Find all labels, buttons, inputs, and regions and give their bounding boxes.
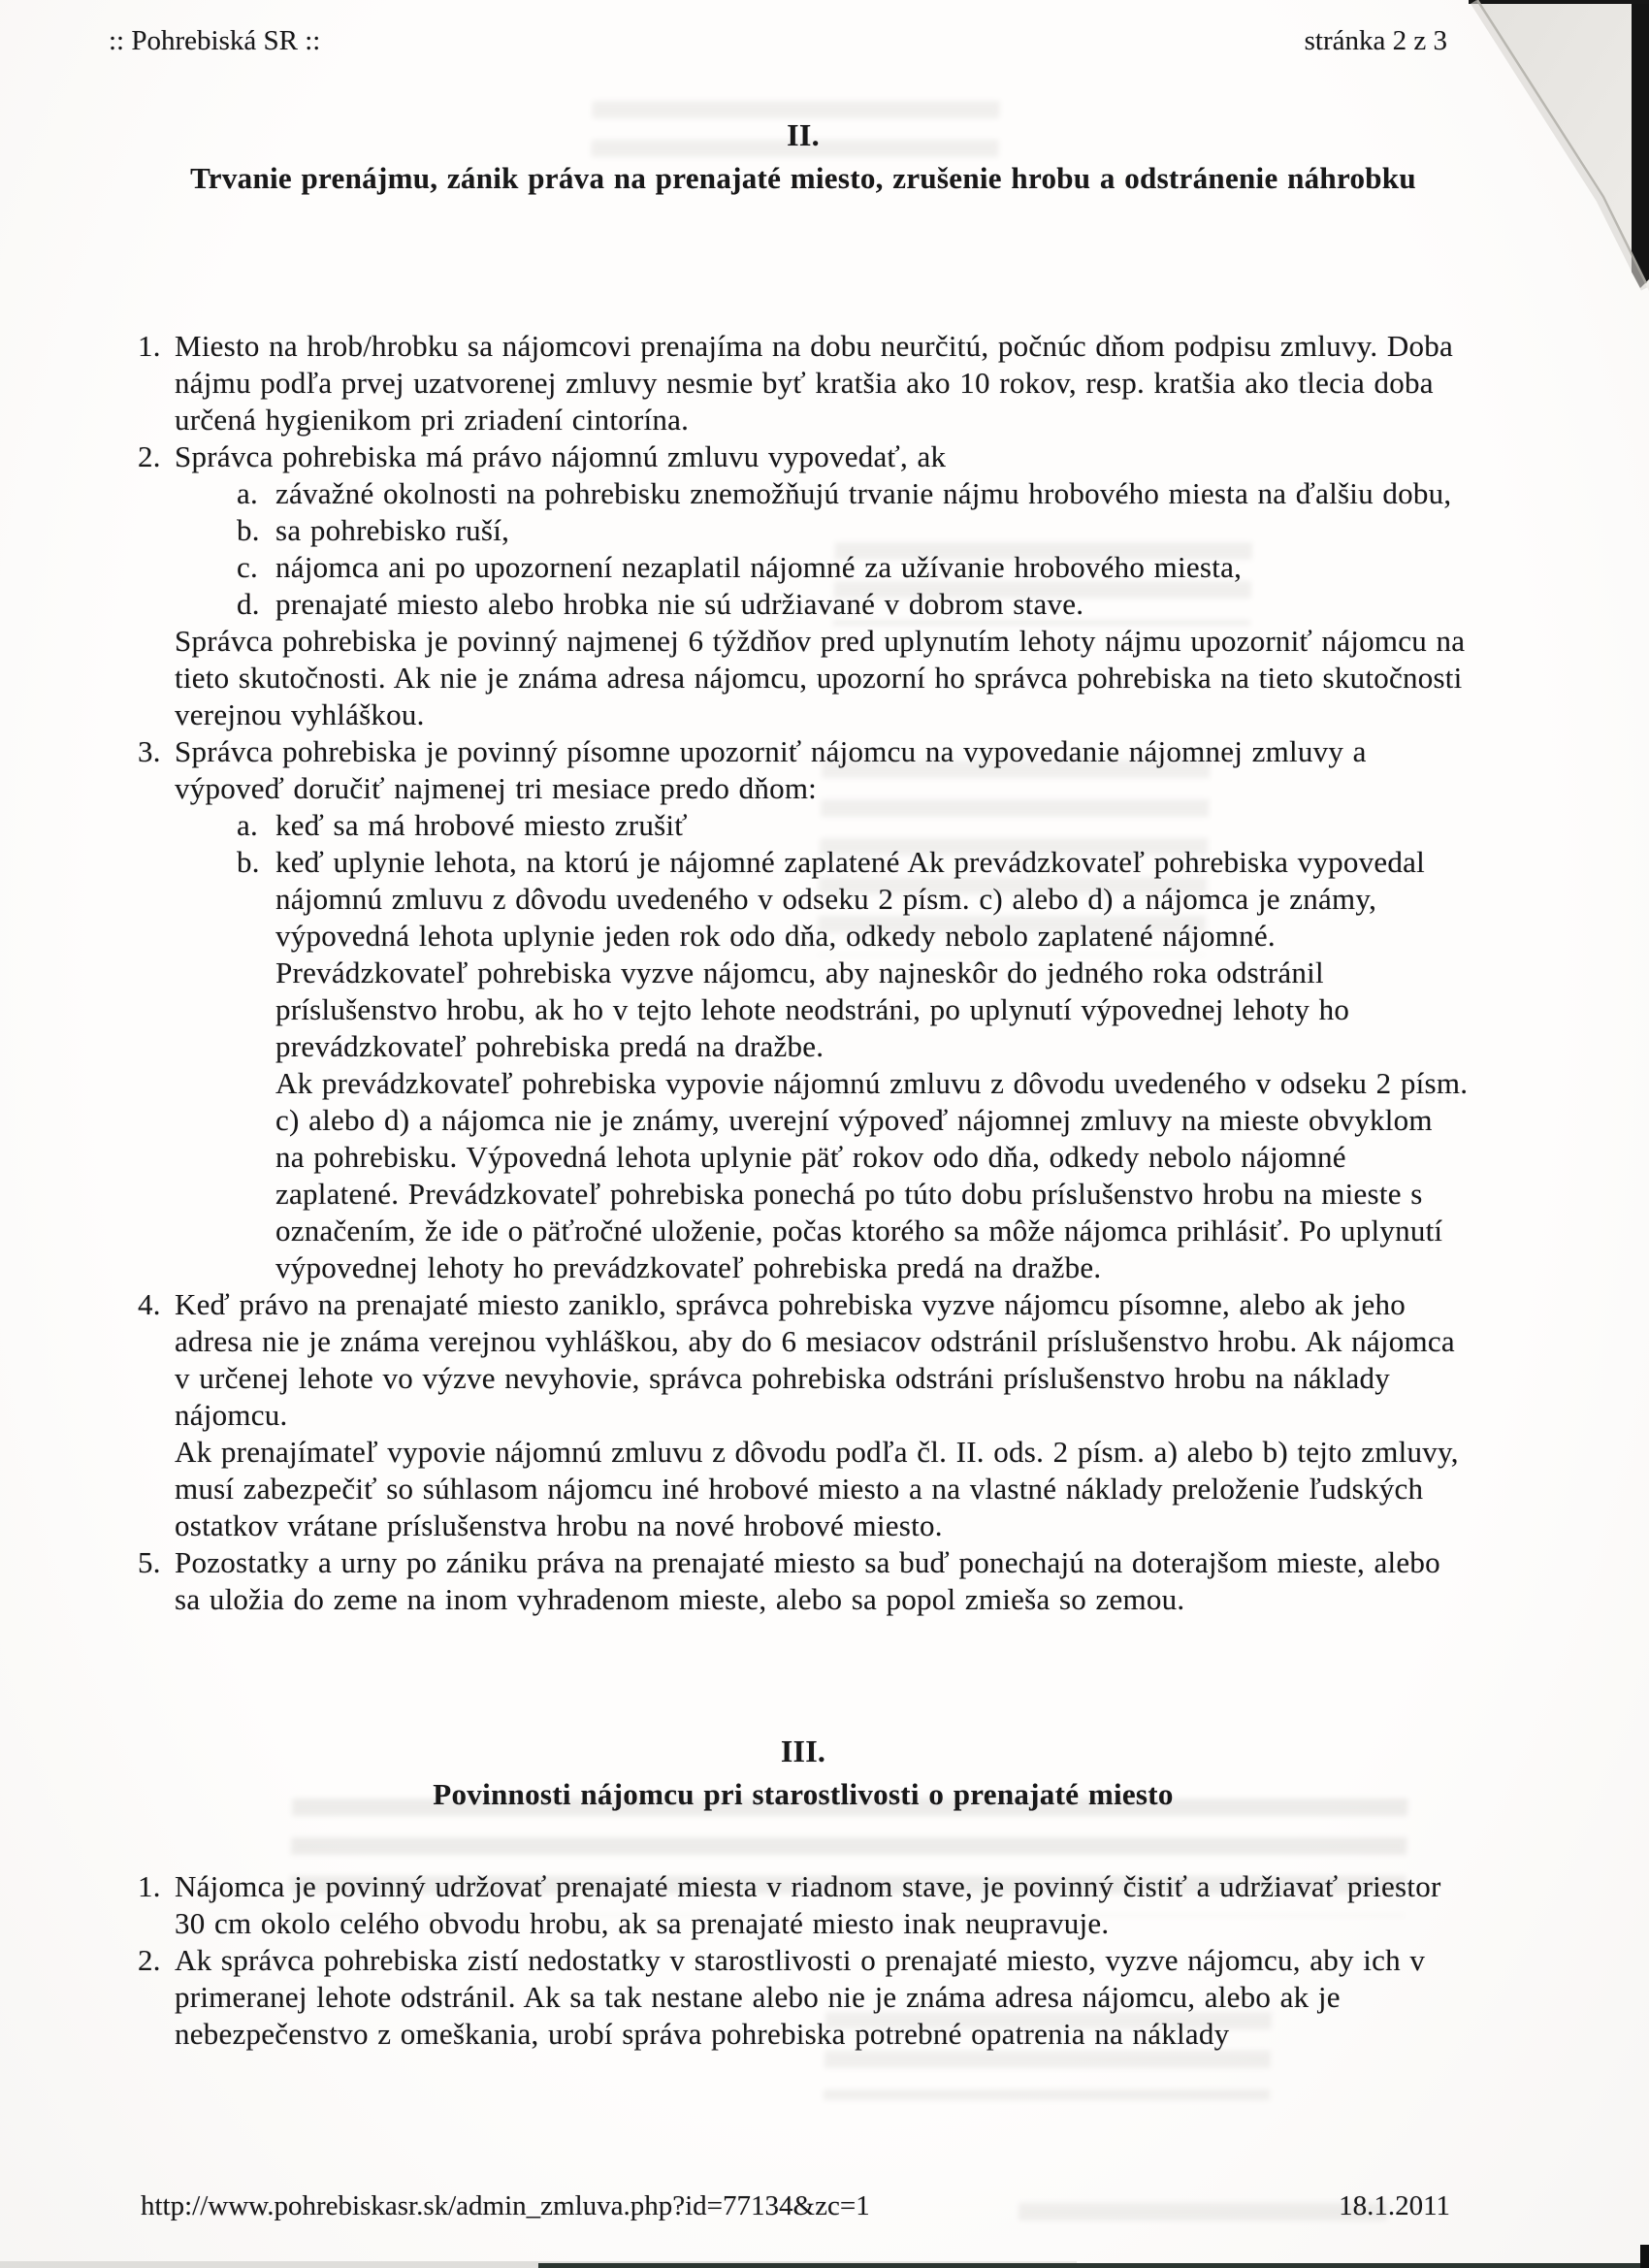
paragraph: Správca pohrebiska má právo nájomnú zmlu… <box>175 438 1469 475</box>
paragraph: Nájomca je povinný udržovať prenajaté mi… <box>175 1868 1469 1942</box>
site-title: :: Pohrebiská SR :: <box>109 23 320 58</box>
print-date: 18.1.2011 <box>1339 2188 1450 2223</box>
sub-list: a.závažné okolnosti na pohrebisku znemož… <box>237 475 1469 623</box>
item-body: Nájomca je povinný udržovať prenajaté mi… <box>175 1868 1469 1942</box>
source-url: http://www.pohrebiskasr.sk/admin_zmluva.… <box>141 2188 870 2223</box>
item-body: Pozostatky a urny po zániku práva na pre… <box>175 1544 1469 1618</box>
doc-footer: http://www.pohrebiskasr.sk/admin_zmluva.… <box>141 2188 1450 2223</box>
paragraph: prenajaté miesto alebo hrobka nie sú udr… <box>275 586 1469 623</box>
paragraph: Správca pohrebiska je povinný najmenej 6… <box>175 623 1469 733</box>
item-body: Správca pohrebiska je povinný písomne up… <box>175 733 1469 1286</box>
paragraph: nájomca ani po upozornení nezaplatil náj… <box>275 549 1469 586</box>
sub-item-marker: a. <box>237 475 275 512</box>
section-title: Trvanie prenájmu, zánik práva na prenaja… <box>138 159 1469 198</box>
item-marker: 2. <box>138 1942 175 2053</box>
sub-list: a.keď sa má hrobové miesto zrušiťb.keď u… <box>237 807 1469 1286</box>
document-body: II.Trvanie prenájmu, zánik práva na pren… <box>138 116 1469 2053</box>
list-item: 1.Nájomca je povinný udržovať prenajaté … <box>138 1868 1469 1942</box>
item-marker: 3. <box>138 733 175 1286</box>
paragraph: sa pohrebisko ruší, <box>275 512 1469 549</box>
paragraph: Správca pohrebiska je povinný písomne up… <box>175 733 1469 807</box>
sub-item-body: keď uplynie lehota, na ktorú je nájomné … <box>275 844 1469 1286</box>
paragraph: keď sa má hrobové miesto zrušiť <box>275 807 1469 844</box>
sub-item-body: závažné okolnosti na pohrebisku znemožňu… <box>275 475 1469 512</box>
section-list: 1.Nájomca je povinný udržovať prenajaté … <box>138 1868 1469 2053</box>
paragraph: Ak správca pohrebiska zistí nedostatky v… <box>175 1942 1469 2053</box>
item-body: Správca pohrebiska má právo nájomnú zmlu… <box>175 438 1469 733</box>
item-marker: 5. <box>138 1544 175 1618</box>
section-number: III. <box>138 1733 1469 1769</box>
paragraph: keď uplynie lehota, na ktorú je nájomné … <box>275 844 1469 1065</box>
sub-list-item: d.prenajaté miesto alebo hrobka nie sú u… <box>237 586 1469 623</box>
scanned-document-page: :: Pohrebiská SR :: stránka 2 z 3 II.Trv… <box>0 0 1649 2268</box>
contract-section: III.Povinnosti nájomcu pri starostlivost… <box>138 1733 1469 2053</box>
sub-item-marker: b. <box>237 844 275 1286</box>
item-body: Keď právo na prenajaté miesto zaniklo, s… <box>175 1286 1469 1544</box>
scanner-edge-dark-bar <box>538 2263 1649 2268</box>
sub-item-marker: c. <box>237 549 275 586</box>
sub-list-item: c.nájomca ani po upozornení nezaplatil n… <box>237 549 1469 586</box>
list-item: 4.Keď právo na prenajaté miesto zaniklo,… <box>138 1286 1469 1544</box>
item-marker: 1. <box>138 1868 175 1942</box>
sub-list-item: b.sa pohrebisko ruší, <box>237 512 1469 549</box>
list-item: 3.Správca pohrebiska je povinný písomne … <box>138 733 1469 1286</box>
section-number: II. <box>138 116 1469 153</box>
contract-section: II.Trvanie prenájmu, zánik práva na pren… <box>138 116 1469 1618</box>
page-curl <box>1455 0 1649 322</box>
item-body: Ak správca pohrebiska zistí nedostatky v… <box>175 1942 1469 2053</box>
sub-item-body: prenajaté miesto alebo hrobka nie sú udr… <box>275 586 1469 623</box>
paragraph: Keď právo na prenajaté miesto zaniklo, s… <box>175 1286 1469 1434</box>
sub-list-item: b.keď uplynie lehota, na ktorú je nájomn… <box>237 844 1469 1286</box>
page-indicator: stránka 2 z 3 <box>1305 23 1447 58</box>
item-body: Miesto na hrob/hrobku sa nájomcovi prena… <box>175 328 1469 438</box>
list-item: 2.Správca pohrebiska má právo nájomnú zm… <box>138 438 1469 733</box>
sub-item-body: sa pohrebisko ruší, <box>275 512 1469 549</box>
list-item: 5.Pozostatky a urny po zániku práva na p… <box>138 1544 1469 1618</box>
scanner-corner-mark <box>1640 2245 1649 2268</box>
paragraph: závažné okolnosti na pohrebisku znemožňu… <box>275 475 1469 512</box>
sub-item-marker: a. <box>237 807 275 844</box>
item-marker: 4. <box>138 1286 175 1544</box>
section-list: 1.Miesto na hrob/hrobku sa nájomcovi pre… <box>138 328 1469 1618</box>
sub-list-item: a.keď sa má hrobové miesto zrušiť <box>237 807 1469 844</box>
sub-item-marker: b. <box>237 512 275 549</box>
item-marker: 1. <box>138 328 175 438</box>
doc-header: :: Pohrebiská SR :: stránka 2 z 3 <box>109 23 1447 58</box>
section-title: Povinnosti nájomcu pri starostlivosti o … <box>138 1775 1469 1814</box>
list-item: 2.Ak správca pohrebiska zistí nedostatky… <box>138 1942 1469 2053</box>
paragraph: Ak prevádzkovateľ pohrebiska vypovie náj… <box>275 1065 1469 1286</box>
paragraph: Ak prenajímateľ vypovie nájomnú zmluvu z… <box>175 1434 1469 1544</box>
paragraph: Pozostatky a urny po zániku práva na pre… <box>175 1544 1469 1618</box>
sub-list-item: a.závažné okolnosti na pohrebisku znemož… <box>237 475 1469 512</box>
sub-item-body: nájomca ani po upozornení nezaplatil náj… <box>275 549 1469 586</box>
sub-item-body: keď sa má hrobové miesto zrušiť <box>275 807 1469 844</box>
list-item: 1.Miesto na hrob/hrobku sa nájomcovi pre… <box>138 328 1469 438</box>
sub-item-marker: d. <box>237 586 275 623</box>
paragraph: Miesto na hrob/hrobku sa nájomcovi prena… <box>175 328 1469 438</box>
item-marker: 2. <box>138 438 175 733</box>
